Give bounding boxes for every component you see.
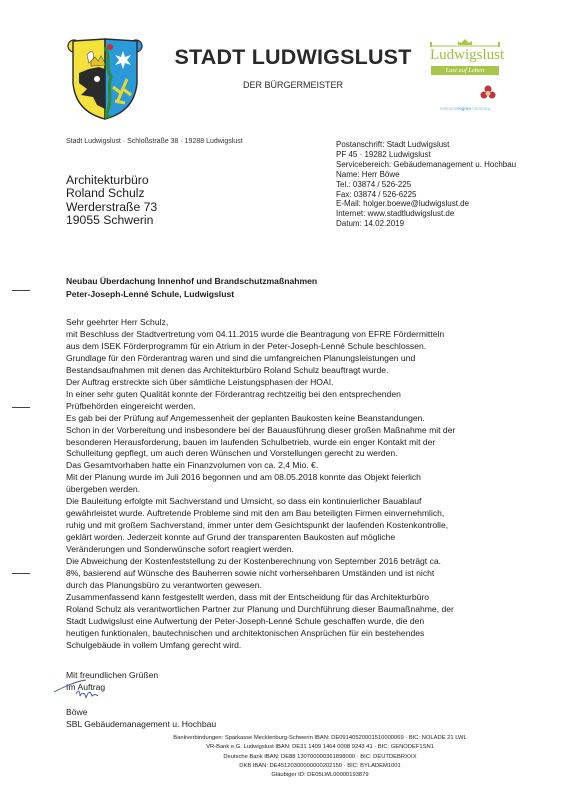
body-line: Schulleitung gepflegt, um auch deren Wün… bbox=[66, 448, 536, 460]
signer-department: SBL Gebäudemanagement u. Hochbau bbox=[66, 719, 216, 731]
postal-address: Postanschrift: Stadt Ludwigslust bbox=[336, 140, 516, 150]
body-line: Stadt Ludwigslust eine Aufwertung der Pe… bbox=[66, 616, 536, 628]
bank-details-footer: Bankverbindungen: Sparkasse Mecklenburg-… bbox=[110, 734, 530, 780]
contact-info-block: Postanschrift: Stadt Ludwigslust PF 45 ·… bbox=[336, 140, 516, 229]
fold-mark bbox=[12, 407, 30, 408]
fold-mark bbox=[12, 573, 30, 574]
subject-line-1: Neubau Überdachung Innenhof und Brandsch… bbox=[66, 275, 317, 288]
recipient-line: Architekturbüro bbox=[66, 174, 157, 187]
body-line: geklärt worden. Jederzeit konnte auf Gru… bbox=[66, 532, 536, 544]
email: E-Mail: holger.boewe@ludwigslust.de bbox=[336, 199, 516, 209]
signer-name: Böwe bbox=[66, 707, 216, 719]
body-line: übergeben werden. bbox=[66, 484, 536, 496]
body-line: Der Auftrag erstreckte sich über sämtlic… bbox=[66, 377, 536, 389]
recipient-line: Werderstraße 73 bbox=[66, 201, 157, 214]
body-line: Schulgebäude in vollem Umfang gerecht wi… bbox=[66, 640, 536, 652]
letter-subject: Neubau Überdachung Innenhof und Brandsch… bbox=[66, 275, 317, 301]
body-line: gewährleistet wurde. Auftretende Problem… bbox=[66, 508, 536, 520]
body-line: Bestandsaufnahmen mit denen das Architek… bbox=[66, 365, 536, 377]
footer-line: VR-Bank e.G. Ludwigslust IBAN: DE31 1409… bbox=[110, 743, 530, 752]
contact-name: Name: Herr Böwe bbox=[336, 170, 516, 180]
date: Datum: 14.02.2019 bbox=[336, 219, 516, 229]
rose-emblem-icon bbox=[480, 85, 496, 101]
recipient-line: Roland Schulz bbox=[66, 187, 157, 200]
brand-wordmark: Ludwigslust bbox=[430, 47, 500, 64]
body-line: heutigen funktionalen, bautechnischen un… bbox=[66, 628, 536, 640]
body-line: besonderen Herausforderung, bauen im lau… bbox=[66, 437, 536, 449]
body-line: Schon in der Vorbereitung und insbesonde… bbox=[66, 425, 536, 437]
page-subtitle: DER BÜRGERMEISTER bbox=[168, 80, 418, 90]
body-line: ruhig und mit großem Sachverstand, immer… bbox=[66, 520, 536, 532]
service-area: Servicebereich: Gebäudemanagement u. Hoc… bbox=[336, 160, 516, 170]
footer-line: Deutsche Bank IBAN: DE88 130700000361898… bbox=[110, 753, 530, 762]
body-line: Grundlage für den Förderantrag waren und… bbox=[66, 353, 536, 365]
body-line: Roland Schulz als verantwortlichen Partn… bbox=[66, 604, 536, 616]
recipient-address: Architekturbüro Roland Schulz Werderstra… bbox=[66, 174, 157, 227]
subject-line-2: Peter-Joseph-Lenné Schule, Ludwigslust bbox=[66, 288, 317, 301]
body-line: aus dem ISEK Förderprogramm für ein Atri… bbox=[66, 341, 536, 353]
letter-body: Sehr geehrter Herr Schulz, mit Beschluss… bbox=[66, 317, 536, 652]
body-line: Die Bauleitung erfolgte mit Sachverstand… bbox=[66, 496, 536, 508]
brand-tagline: Lust auf Leben bbox=[431, 66, 499, 75]
footer-line: Bankverbindungen: Sparkasse Mecklenburg-… bbox=[110, 734, 530, 743]
body-line: Prüfbehörden eingereicht werden. bbox=[66, 401, 536, 413]
body-line: mit Beschluss der Stadtvertretung vom 04… bbox=[66, 329, 536, 341]
body-line: durch das Planungsbüro zu verantworten g… bbox=[66, 580, 536, 592]
body-line: Die Abweichung der Kostenfeststellung zu… bbox=[66, 556, 536, 568]
fold-mark bbox=[12, 290, 30, 291]
handwritten-signature bbox=[52, 678, 122, 706]
website: Internet: www.stadtludwigslust.de bbox=[336, 209, 516, 219]
body-text: mit Beschluss der Stadtvertretung vom 04… bbox=[66, 329, 536, 652]
city-brand-logo: Ludwigslust Lust auf Leben metropolregio… bbox=[430, 38, 542, 128]
coat-of-arms-icon bbox=[65, 33, 145, 123]
footer-line: DKB IBAN: DE45120300000000202150 · BIC: … bbox=[110, 762, 530, 771]
body-line: Zusammenfassend kann festgestellt werden… bbox=[66, 592, 536, 604]
body-line: Veränderungen und Sonderwünsche sofort r… bbox=[66, 544, 536, 556]
page-title: STADT LUDWIGSLUST bbox=[168, 45, 418, 70]
body-line: Das Gesamtvorhaben hatte ein Finanzvolum… bbox=[66, 460, 536, 472]
sender-address-line: Stadt Ludwigslust · Schloßstraße 38 · 19… bbox=[66, 138, 243, 145]
body-line: 8%, basierend auf Wünsche des Bauherren … bbox=[66, 568, 536, 580]
phone: Tel.: 03874 / 526-225 bbox=[336, 180, 516, 190]
body-line: Mit der Planung wurde im Juli 2016 begon… bbox=[66, 472, 536, 484]
salutation: Sehr geehrter Herr Schulz, bbox=[66, 317, 536, 329]
metropol-region-label: metropolregion hamburg bbox=[430, 106, 500, 111]
body-line: In einer sehr guten Qualität konnte der … bbox=[66, 389, 536, 401]
recipient-line: 19055 Schwerin bbox=[66, 214, 157, 227]
footer-line: Gläubiger ID: DE05LWL00000193879 bbox=[110, 771, 530, 780]
fax: Fax: 03874 / 526-6225 bbox=[336, 190, 516, 200]
body-line: Es gab bei der Prüfung auf Angemessenhei… bbox=[66, 413, 536, 425]
po-box: PF 45 · 19282 Ludwigslust bbox=[336, 150, 516, 160]
